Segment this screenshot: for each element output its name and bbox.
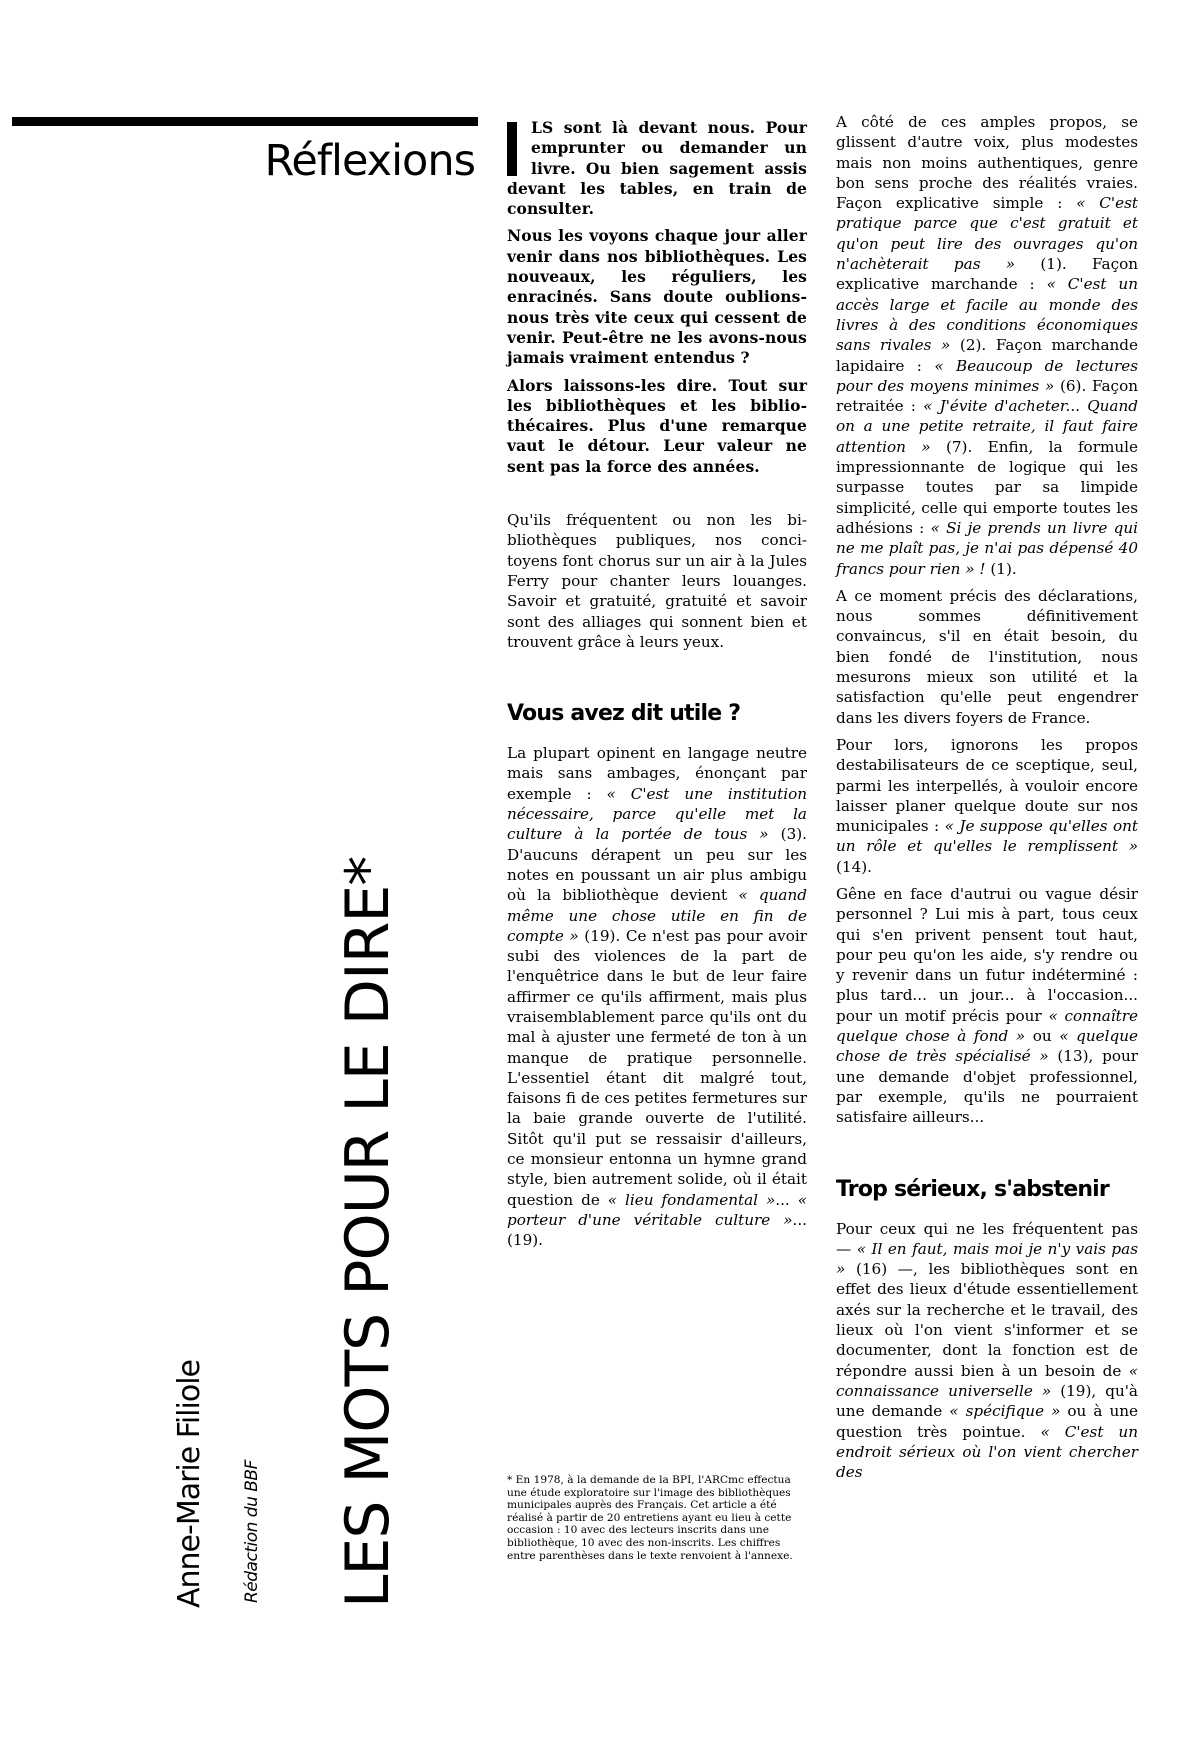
footnote: * En 1978, à la demande de la BPI, l'ARC… bbox=[507, 1474, 807, 1562]
lead-paragraph-3: Alors laissons-les dire. Tout sur les bi… bbox=[507, 376, 807, 477]
author-name: Anne-Marie Filiole bbox=[175, 1360, 205, 1608]
article-title: LES MOTS POUR LE DIRE* bbox=[338, 857, 398, 1608]
body-paragraph: A côté de ces amples propos, se glissent… bbox=[836, 112, 1138, 579]
section-title: Réflexions bbox=[264, 140, 475, 183]
drop-cap: I bbox=[507, 122, 517, 176]
lead-paragraph-2: Nous les voyons chaque jour aller venir … bbox=[507, 226, 807, 368]
subheading-trop-serieux: Trop sérieux, s'abstenir bbox=[836, 1177, 1138, 1203]
column-1: ILS sont là devant nous. Pour emprunter … bbox=[507, 118, 807, 1258]
lead-paragraph-1: ILS sont là devant nous. Pour emprunter … bbox=[507, 118, 807, 219]
body-paragraph: A ce moment précis des déclara­tions, no… bbox=[836, 586, 1138, 728]
column-2: A côté de ces amples propos, se glissent… bbox=[836, 112, 1138, 1489]
body-paragraph: Gêne en face d'autrui ou vague désir per… bbox=[836, 884, 1138, 1128]
body-paragraph: La plupart opinent en langage neutre mai… bbox=[507, 743, 807, 1250]
author-affiliation: Rédaction du BBF bbox=[244, 1460, 261, 1603]
body-paragraph: Pour lors, ignorons les propos destabili… bbox=[836, 735, 1138, 877]
header-rule bbox=[12, 117, 478, 126]
body-paragraph: Pour ceux qui ne les fréquentent pas — «… bbox=[836, 1219, 1138, 1483]
opening-paragraph: Qu'ils fréquentent ou non les bi­bliothè… bbox=[507, 510, 807, 652]
subheading-vous-avez-dit-utile: Vous avez dit utile ? bbox=[507, 701, 807, 727]
lead-paragraphs: ILS sont là devant nous. Pour emprunter … bbox=[507, 118, 807, 477]
